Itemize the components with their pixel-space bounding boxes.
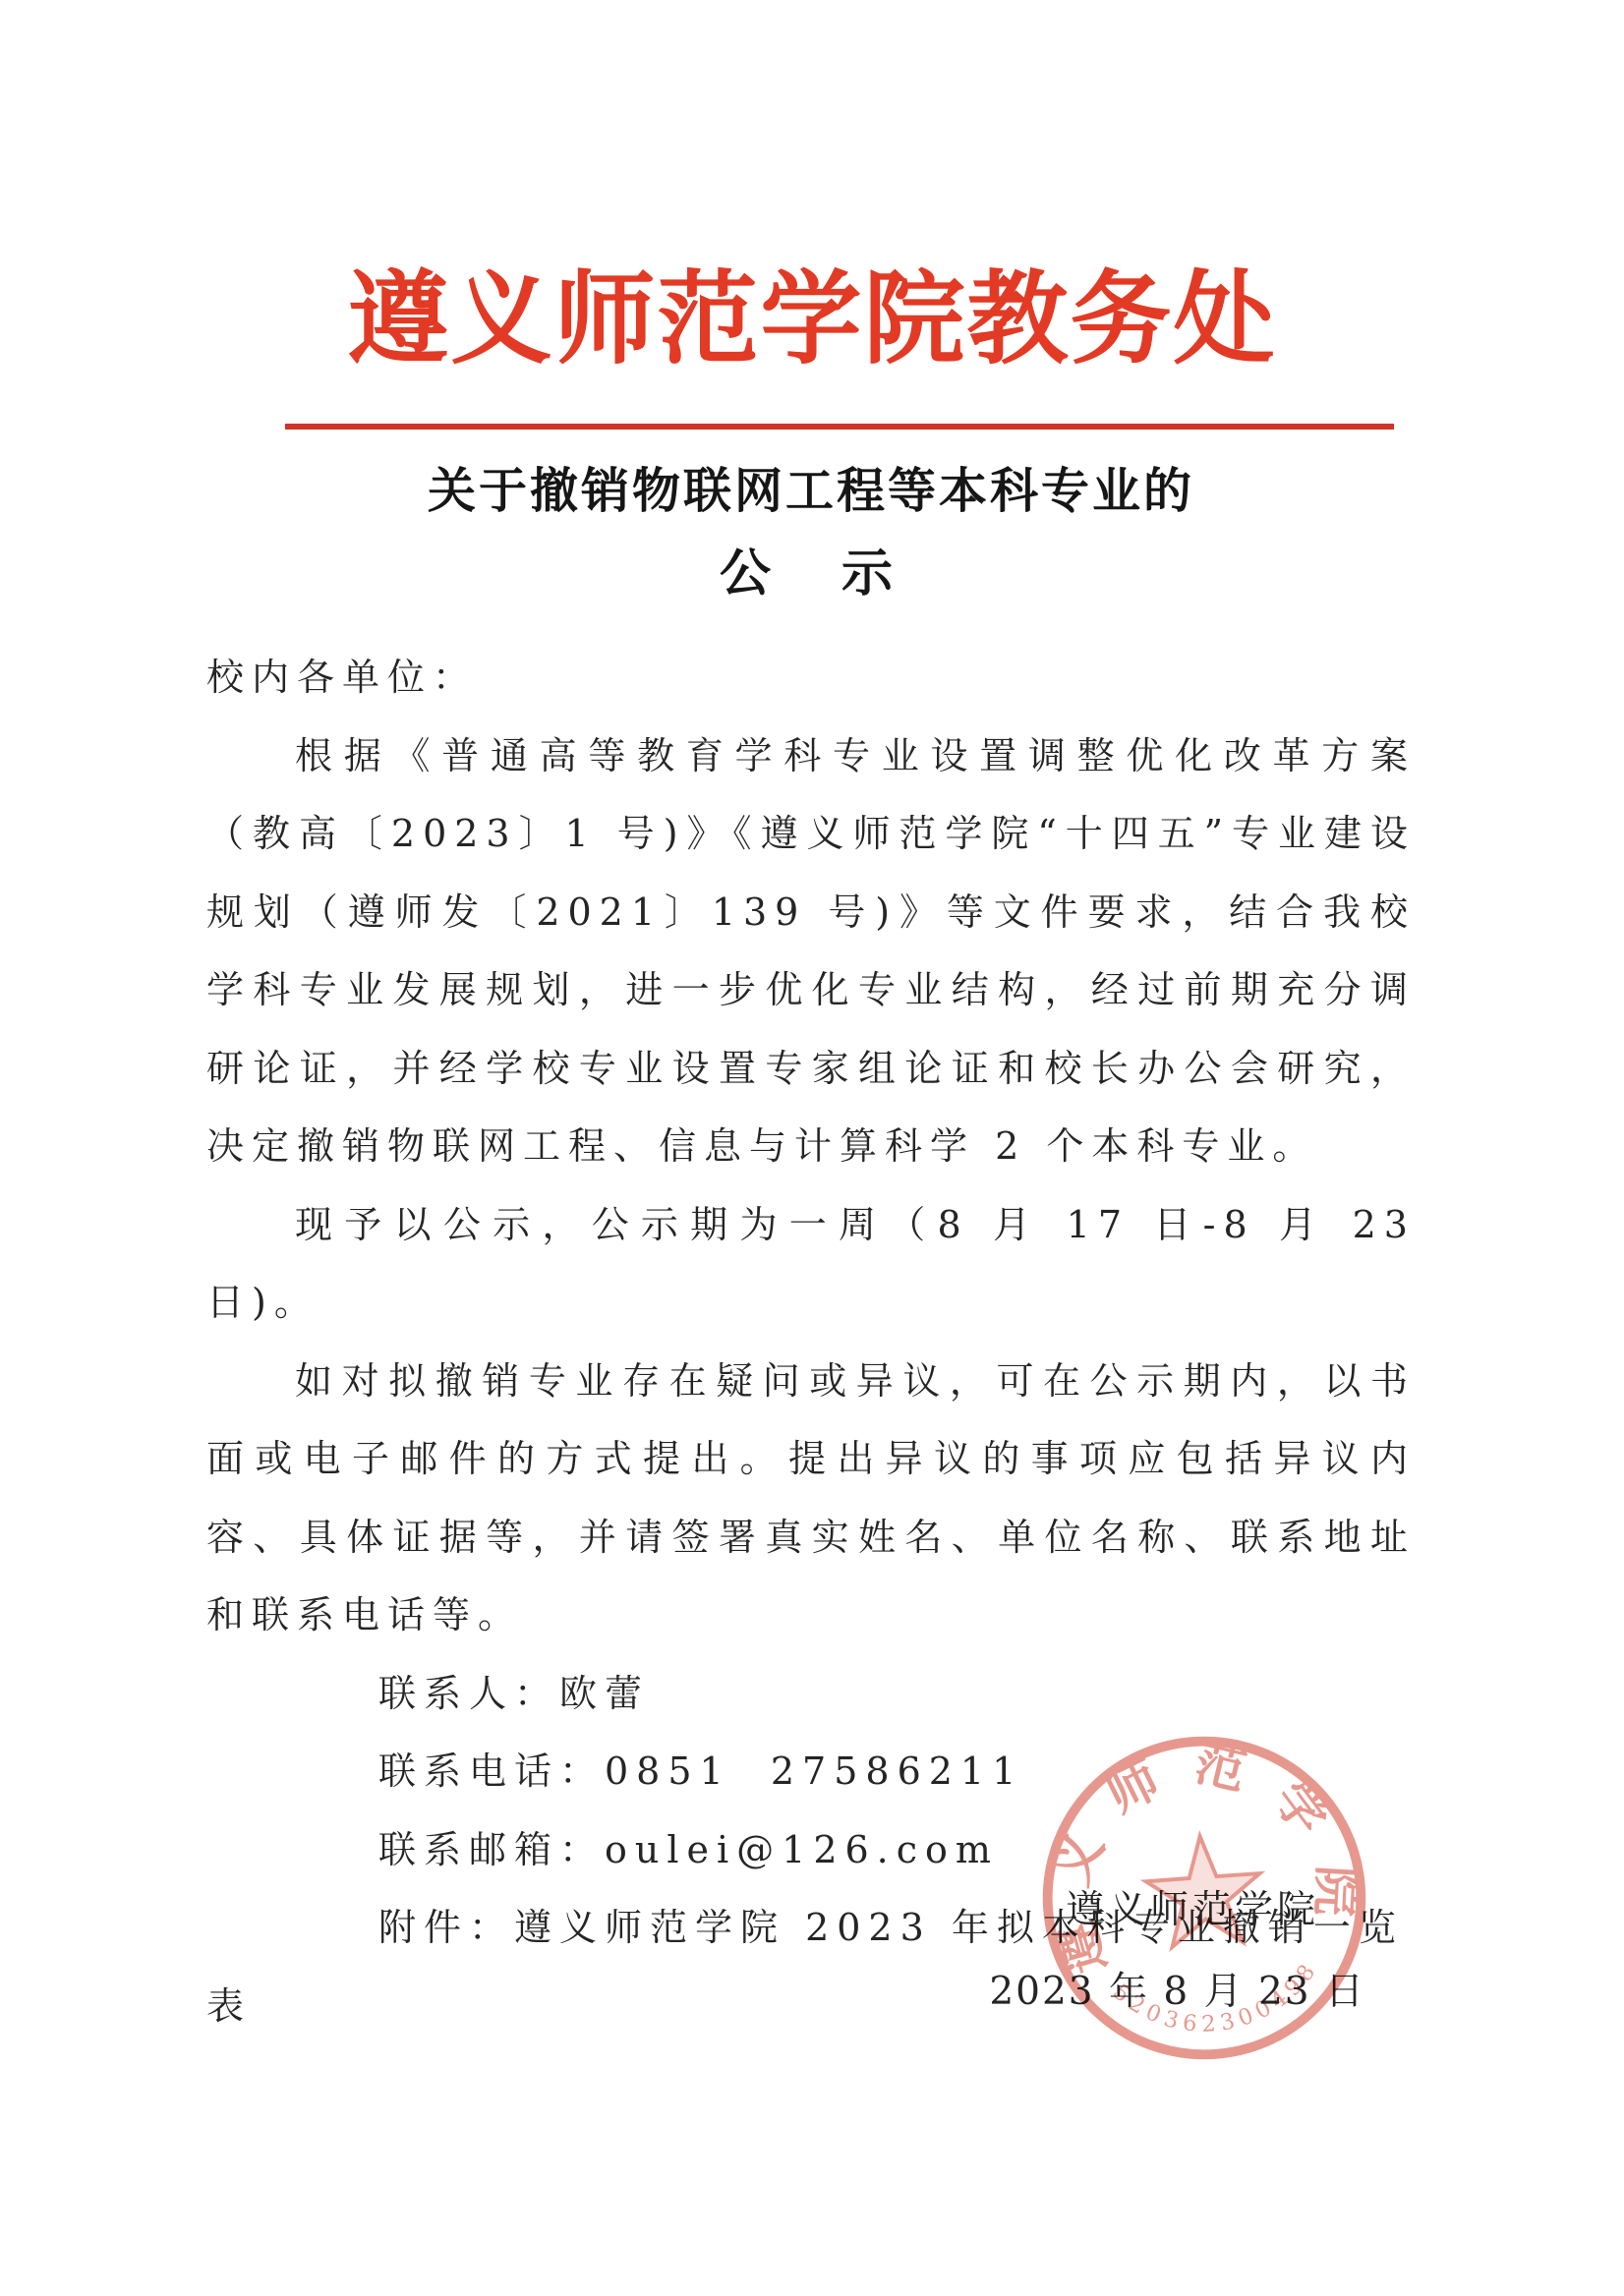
seal-star-icon — [1143, 1832, 1264, 1948]
letterhead-title: 遵义师范学院教务处 — [0, 261, 1624, 377]
body-paragraph-publicity-period: 现予以公示，公示期为一周（8 月 17 日-8 月 23 日)。 — [206, 1186, 1416, 1343]
notice-title: 关于撤销物联网工程等本科专业的 — [206, 460, 1416, 523]
body-paragraph-basis: 根据《普通高等教育学科专业设置调整优化改革方案（教高〔2023〕1 号)》《遵义… — [206, 717, 1416, 1186]
official-seal: 遵义师范学院 5203623004980 — [1018, 1712, 1390, 2084]
body-paragraph-objection: 如对拟撤销专业存在疑问或异议，可在公示期内，以书面或电子邮件的方式提出。提出异议… — [206, 1343, 1416, 1655]
salutation: 校内各单位： — [206, 639, 1416, 717]
notice-subtitle: 公 示 — [206, 542, 1416, 605]
notice-document-page: 遵义师范学院教务处 关于撤销物联网工程等本科专业的 公 示 校内各单位： 根据《… — [0, 0, 1624, 2296]
letterhead-divider — [285, 424, 1394, 430]
